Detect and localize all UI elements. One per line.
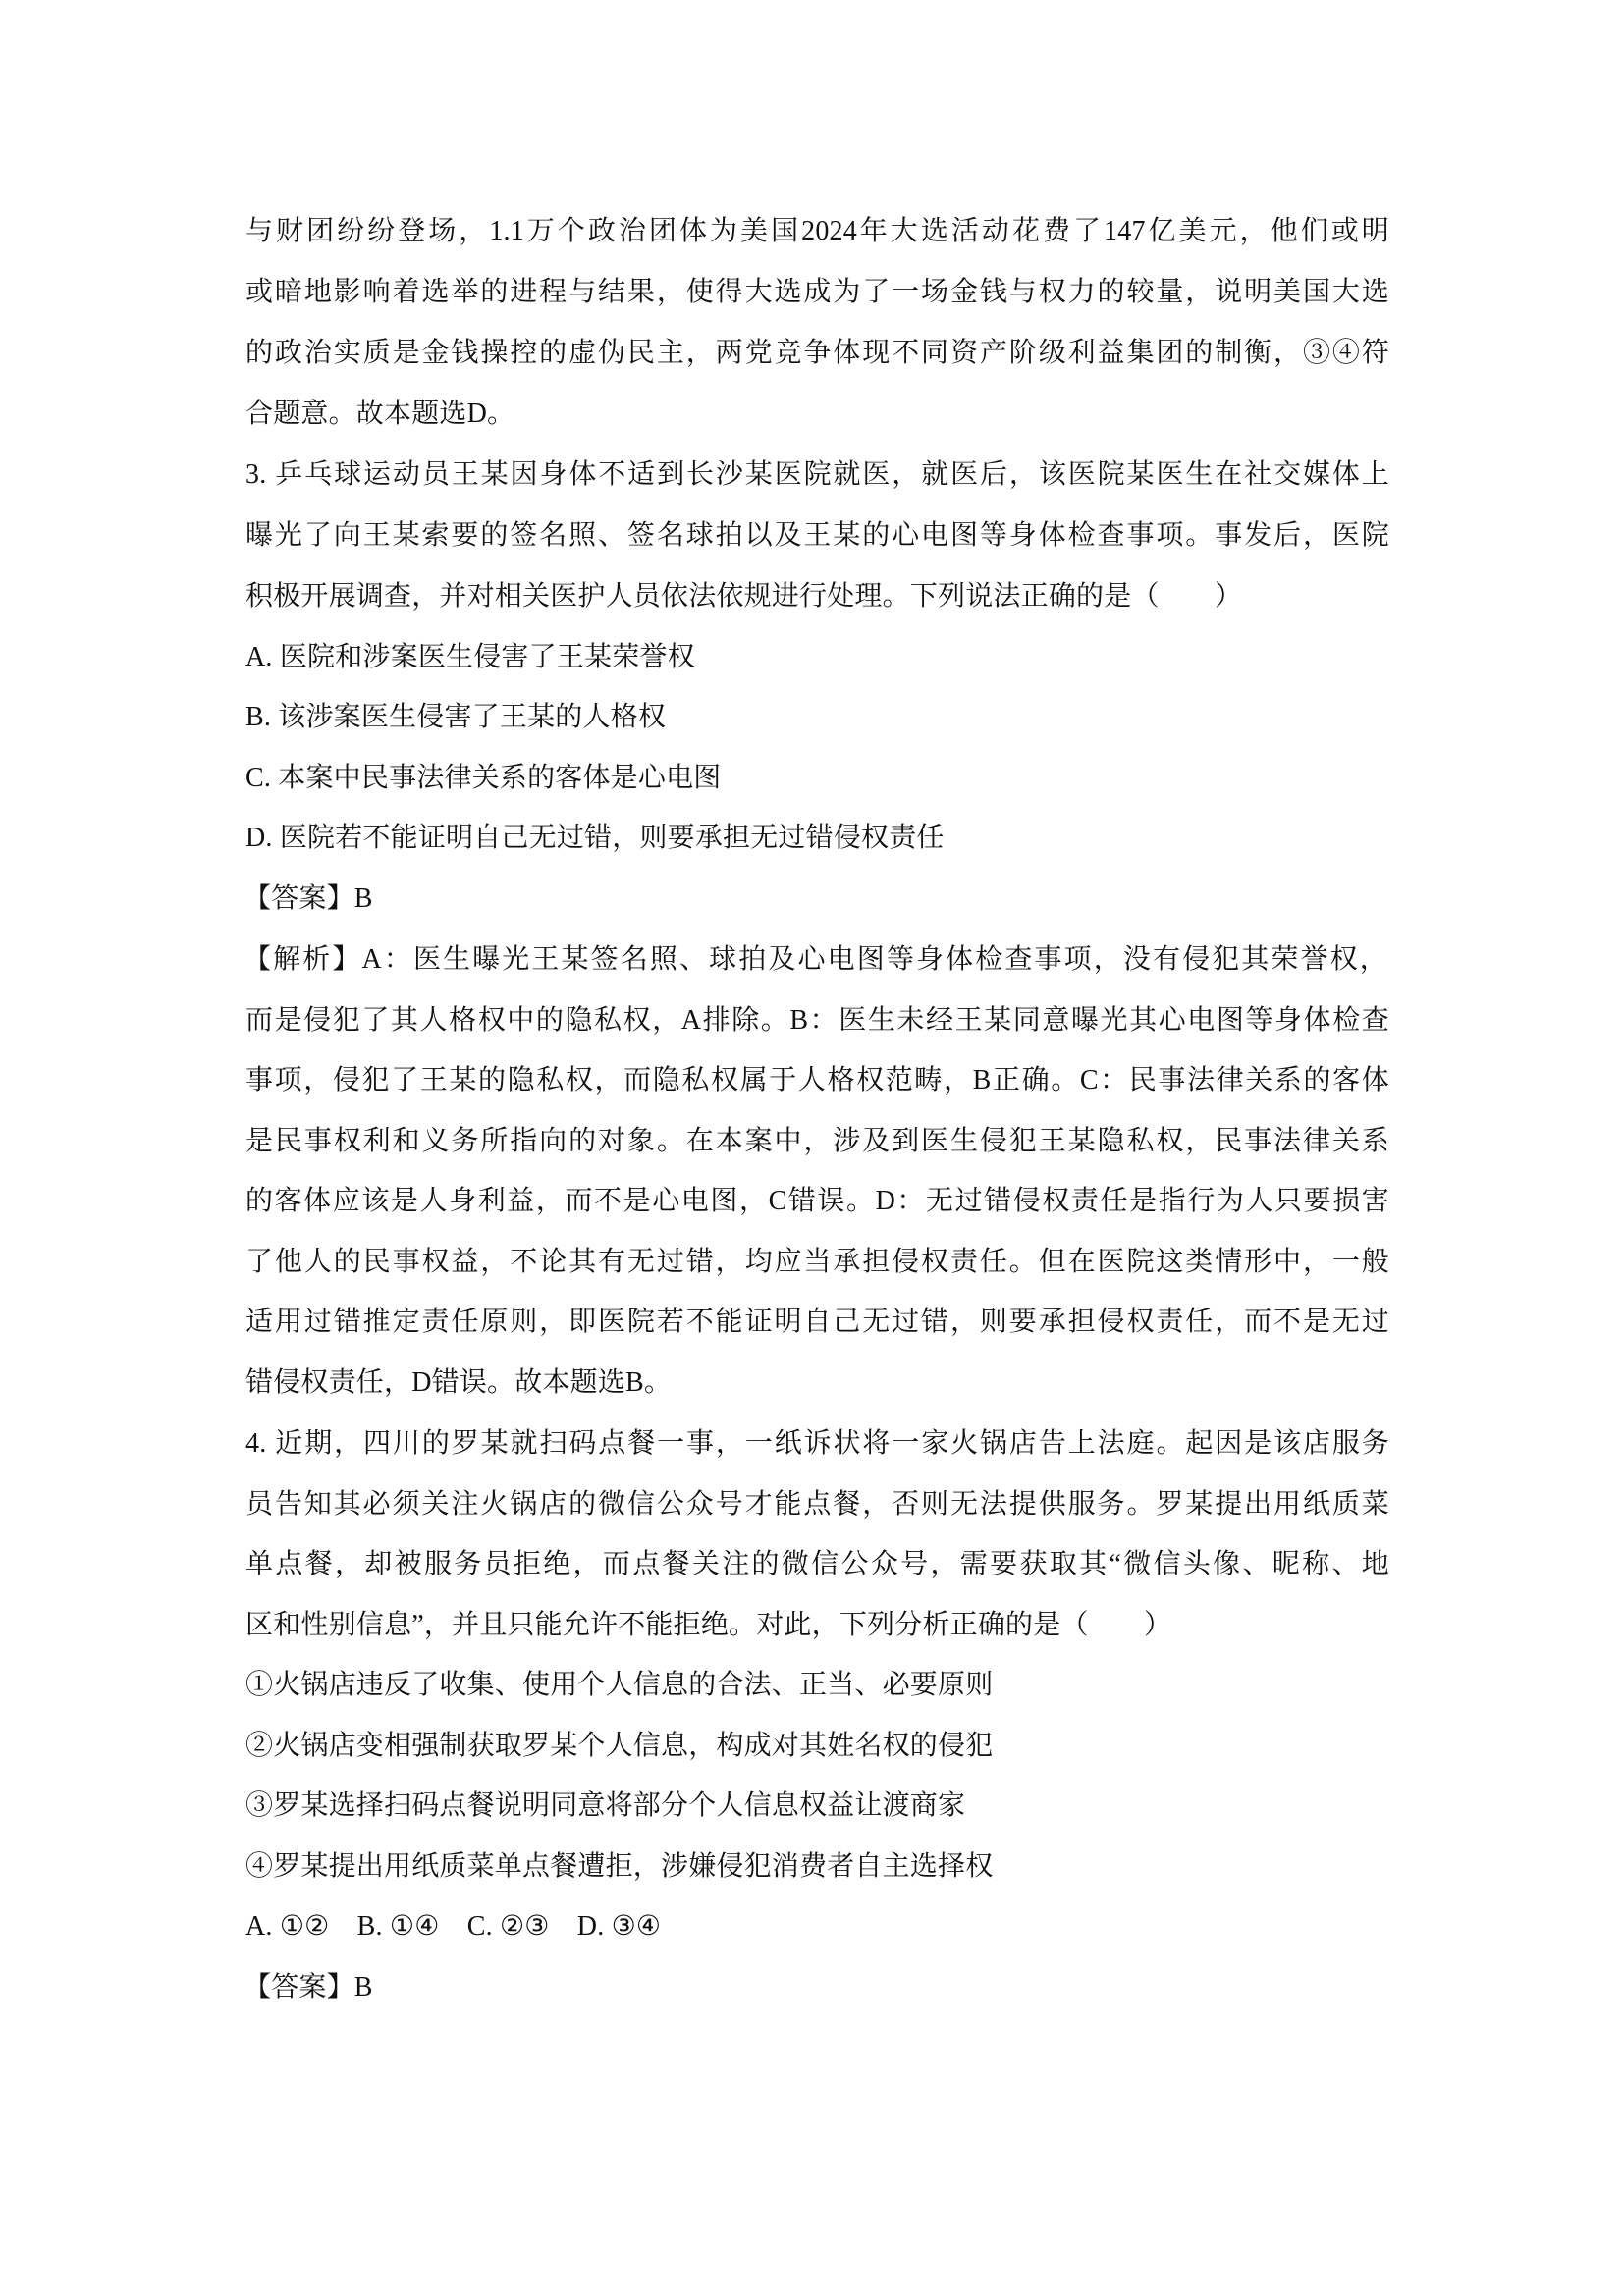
analysis-line: 【解析】A：医生曝光王某签名照、球拍及心电图等身体检查事项，没有侵犯其荣誉权，	[244, 940, 1387, 980]
analysis-line: 适用过错推定责任原则，即医院若不能证明自己无过错，则要承担侵权责任，而不是无过	[245, 1303, 1389, 1342]
statement-3: ③罗某选择扫码点餐说明同意将部分个人信息权益让渡商家	[245, 1787, 1389, 1826]
document-page: 与财团纷纷登场，1.1万个政治团体为美国2024年大选活动花费了147亿美元，他…	[0, 0, 1624, 2296]
question-stem-line: 积极开展调查，并对相关医护人员依法依规进行处理。下列说法正确的是（ ）	[245, 577, 1389, 616]
statement-2: ②火锅店变相强制获取罗某个人信息，构成对其姓名权的侵犯	[245, 1727, 1389, 1766]
analysis-line: 了他人的民事权益，不论其有无过错，均应当承担侵权责任。但在医院这类情形中，一般	[245, 1243, 1389, 1282]
analysis-line: 的客体应该是人身利益，而不是心电图，C错误。D：无过错侵权责任是指行为人只要损害	[245, 1182, 1389, 1221]
option-b: B. 该涉案医生侵害了王某的人格权	[245, 698, 1389, 737]
question-stem-line: 曝光了向王某索要的签名照、签名球拍以及王某的心电图等身体检查事项。事发后，医院	[245, 516, 1389, 556]
statement-1: ①火锅店违反了收集、使用个人信息的合法、正当、必要原则	[245, 1666, 1389, 1705]
analysis-line: 事项，侵犯了王某的隐私权，而隐私权属于人格权范畴，B正确。C：民事法律关系的客体	[245, 1061, 1389, 1100]
choices-line: A. ①② B. ①④ C. ②③ D. ③④	[245, 1907, 1389, 1947]
question-stem-line: 区和性别信息”，并且只能允许不能拒绝。对此，下列分析正确的是（ ）	[245, 1606, 1389, 1645]
option-c: C. 本案中民事法律关系的客体是心电图	[245, 759, 1389, 798]
question-stem-line: 3. 乒乓球运动员王某因身体不适到长沙某医院就医，就医后，该医院某医生在社交媒体…	[245, 455, 1389, 495]
text-line: 合题意。故本题选D。	[245, 395, 1389, 434]
question-stem-line: 4. 近期，四川的罗某就扫码点餐一事，一纸诉状将一家火锅店告上法庭。起因是该店服…	[245, 1424, 1389, 1464]
answer-line: 【答案】B	[244, 880, 1387, 919]
answer-line: 【答案】B	[244, 1968, 1387, 2007]
option-d: D. 医院若不能证明自己无过错，则要承担无过错侵权责任	[245, 819, 1389, 858]
analysis-line: 错侵权责任，D错误。故本题选B。	[245, 1363, 1389, 1403]
text-line: 的政治实质是金钱操控的虚伪民主，两党竞争体现不同资产阶级利益集团的制衡，③④符	[245, 334, 1389, 373]
statement-4: ④罗某提出用纸质菜单点餐遭拒，涉嫌侵犯消费者自主选择权	[245, 1847, 1389, 1887]
question-stem-line: 单点餐，却被服务员拒绝，而点餐关注的微信公众号，需要获取其“微信头像、昵称、地	[245, 1545, 1389, 1584]
analysis-line: 是民事权利和义务所指向的对象。在本案中，涉及到医生侵犯王某隐私权，民事法律关系	[245, 1122, 1389, 1161]
text-line: 或暗地影响着选举的进程与结果，使得大选成为了一场金钱与权力的较量，说明美国大选	[245, 273, 1389, 312]
analysis-line: 而是侵犯了其人格权中的隐私权，A排除。B：医生未经王某同意曝光其心电图等身体检查	[245, 1001, 1389, 1041]
question-stem-line: 员告知其必须关注火锅店的微信公众号才能点餐，否则无法提供服务。罗某提出用纸质菜	[245, 1485, 1389, 1524]
text-line: 与财团纷纷登场，1.1万个政治团体为美国2024年大选活动花费了147亿美元，他…	[245, 212, 1389, 251]
option-a: A. 医院和涉案医生侵害了王某荣誉权	[245, 638, 1389, 677]
